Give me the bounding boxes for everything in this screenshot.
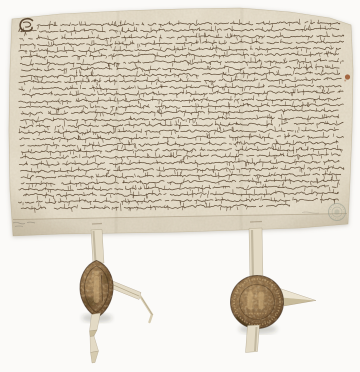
tag-slit-right xyxy=(250,222,262,223)
parchment-texture xyxy=(5,4,357,240)
photo-of-charter xyxy=(0,0,360,372)
tag-slit-left xyxy=(92,224,102,225)
seal-tag-right-lower xyxy=(246,325,260,353)
charter-scene xyxy=(0,0,360,372)
